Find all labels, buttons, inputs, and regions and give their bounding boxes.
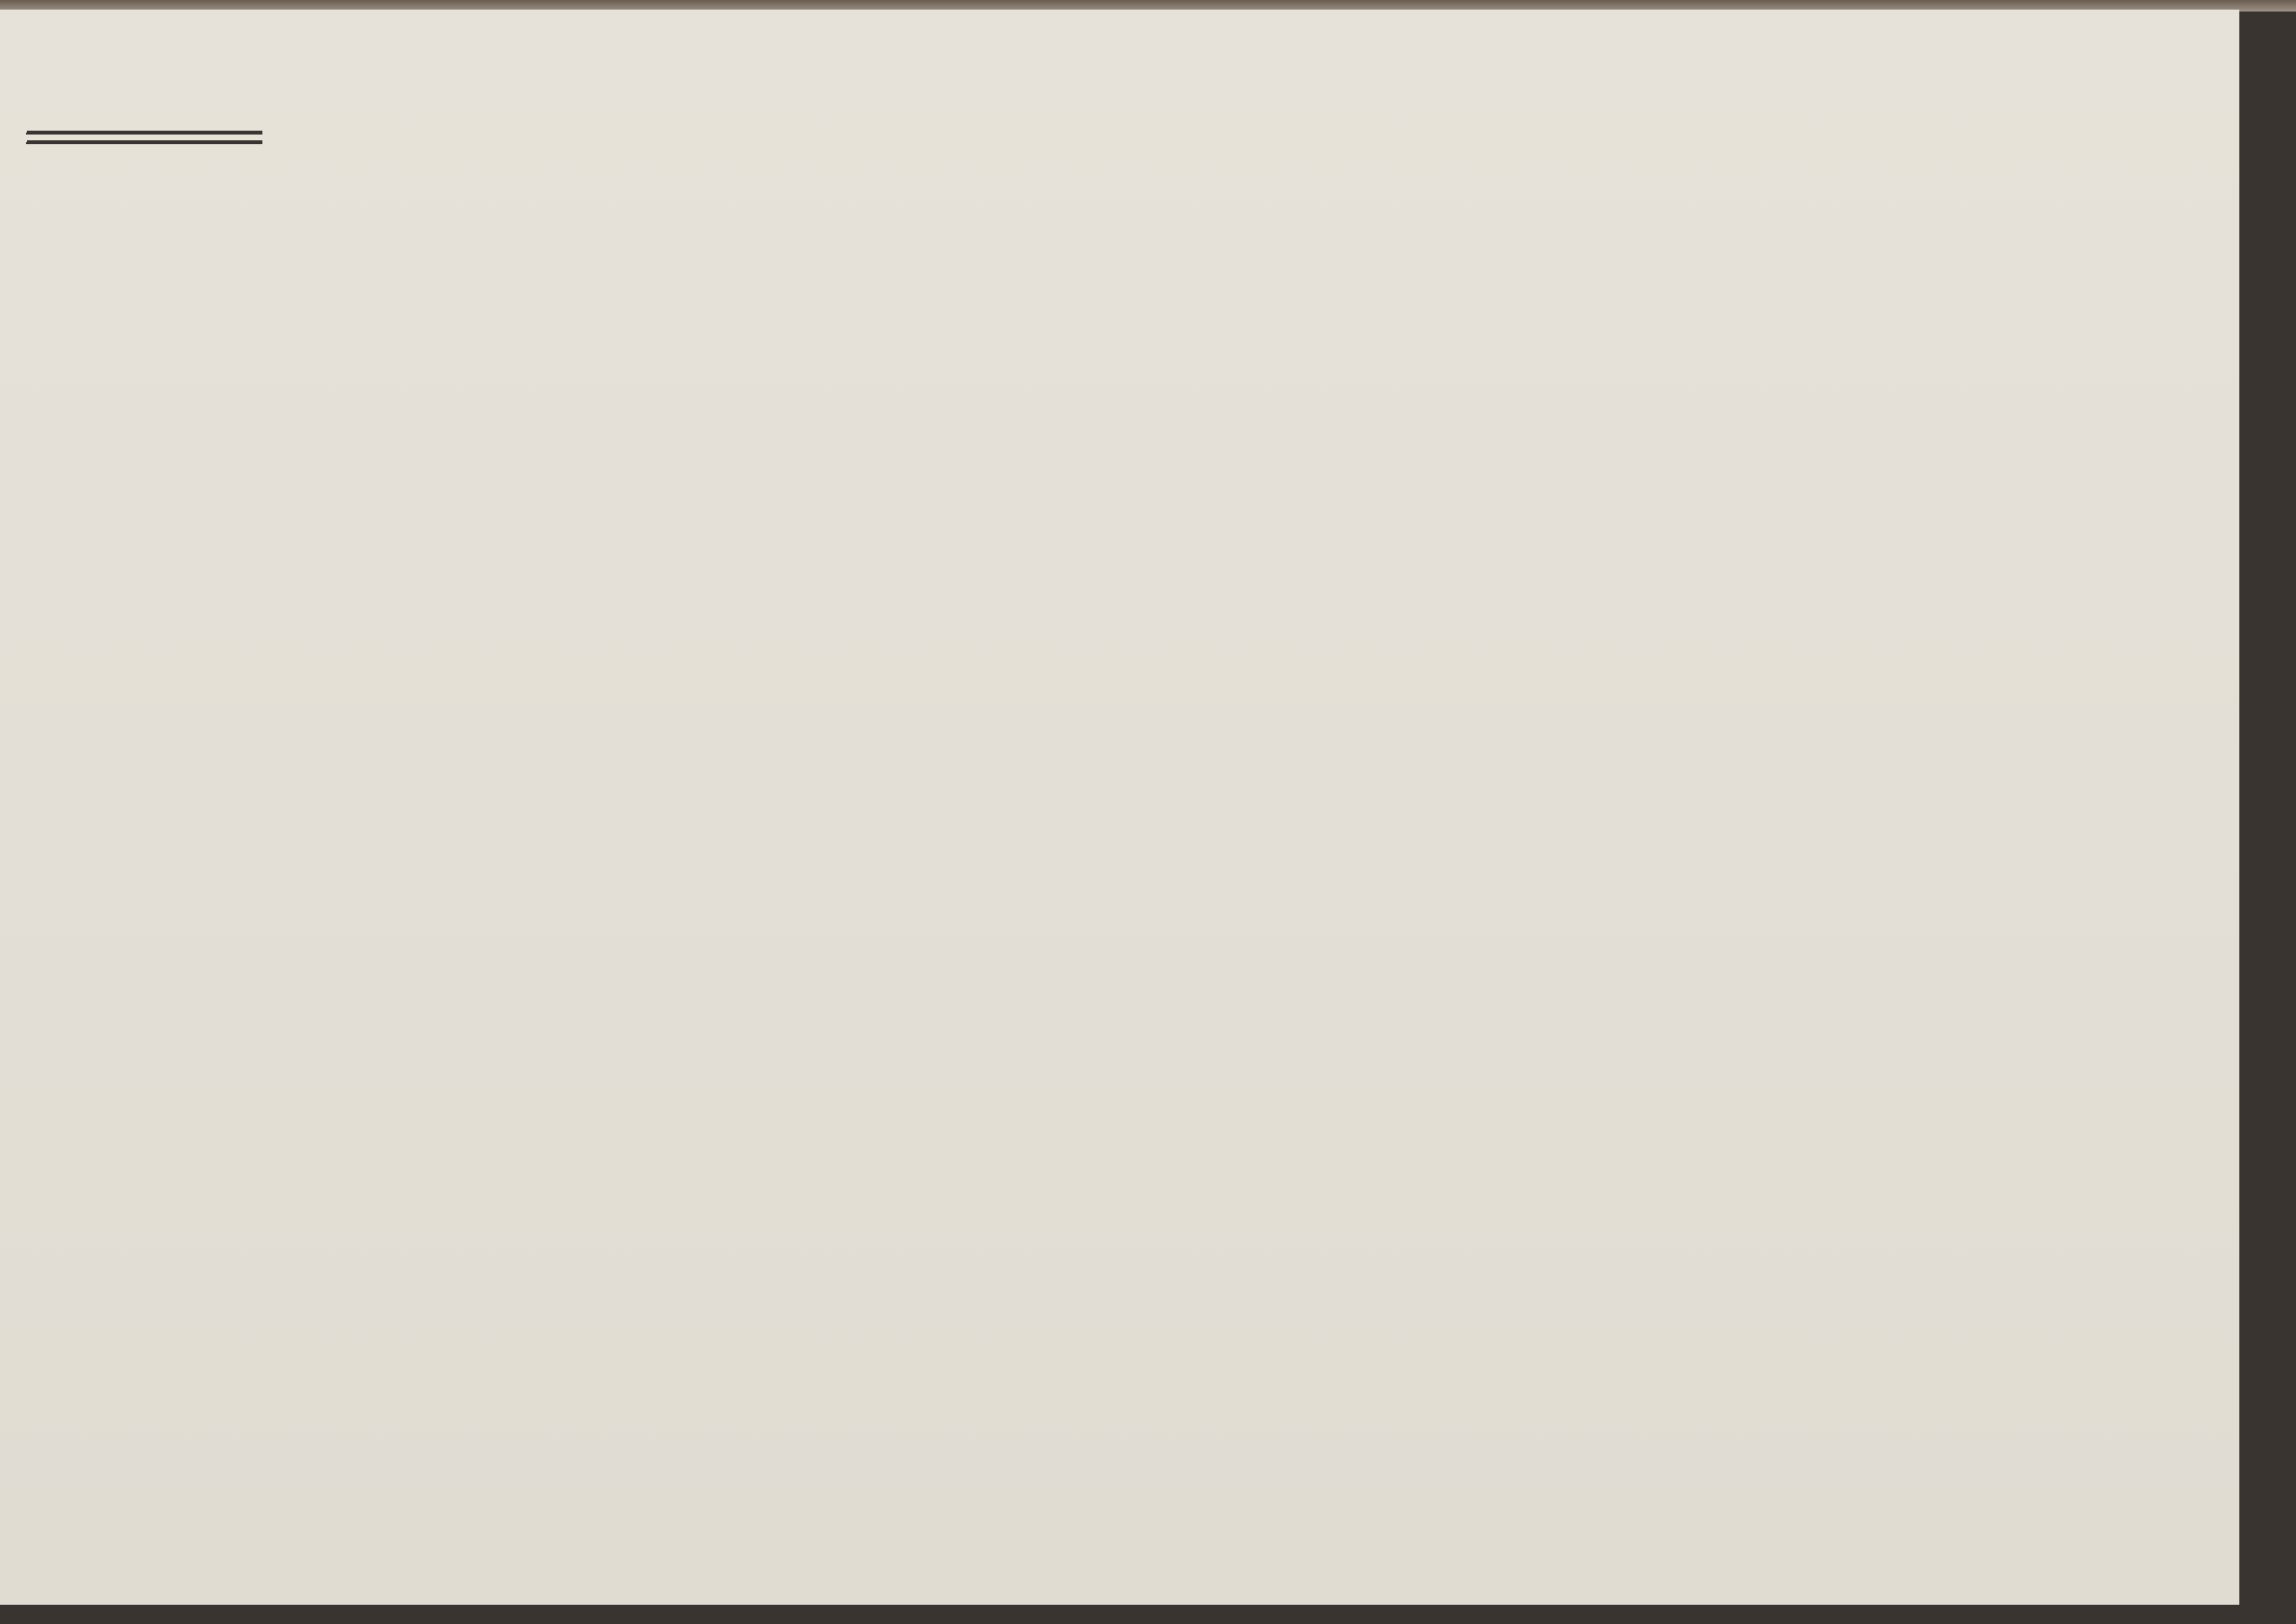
document-page	[0, 10, 2239, 1605]
